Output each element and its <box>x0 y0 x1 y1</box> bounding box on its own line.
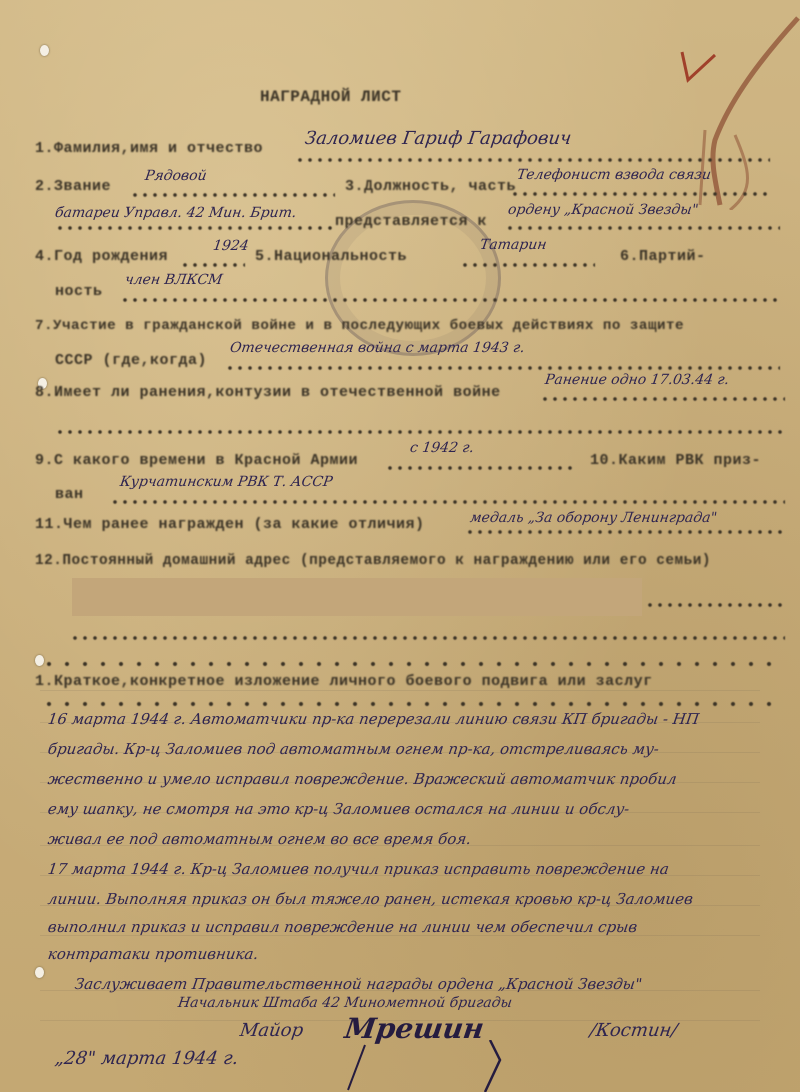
ruled-line <box>40 690 760 691</box>
field-3-label: 3.Должность, часть <box>345 178 516 195</box>
field-8-value: Ранение одно 17.03.44 г. <box>544 372 730 388</box>
present-label: представляется к <box>335 213 487 230</box>
field-10-value: Курчатинским РВК Т. АССР <box>119 474 334 490</box>
present-value: ордену „Красной Звезды" <box>507 202 699 218</box>
dotted-line <box>55 430 785 434</box>
dotted-line <box>505 226 780 230</box>
narrative-line: ему шапку, не смотря на это кр-ц Заломие… <box>47 800 631 818</box>
field-1-value: Заломиев Гариф Гарафович <box>304 128 573 149</box>
dotted-line <box>70 636 785 640</box>
narrative-line: живал ее под автоматным огнем во все вре… <box>47 830 473 848</box>
dotted-line <box>55 226 335 230</box>
narrative-line: контратаки противника. <box>47 945 260 963</box>
field-7-value: Отечественная война с марта 1943 г. <box>229 340 526 356</box>
field-8-label: 8.Имеет ли ранения,контузии в отечествен… <box>35 384 501 401</box>
field-7-label-cont: СССР (где,когда) <box>55 352 207 369</box>
section-2-heading: 1.Краткое,конкретное изложение личного б… <box>35 673 653 690</box>
dotted-line <box>180 263 245 267</box>
field-11-label: 11.Чем ранее награжден (за какие отличия… <box>35 516 425 533</box>
dashed-line <box>40 662 785 666</box>
narrative-line: бригады. Кр-ц Заломиев под автоматным ог… <box>47 740 660 758</box>
dotted-line <box>130 193 335 197</box>
signature-date: „28" марта 1944 г. <box>54 1048 240 1069</box>
signer-rank: Майор <box>239 1020 305 1041</box>
dotted-line <box>465 530 785 534</box>
field-4-value: 1924 <box>212 238 250 254</box>
field-6-value: член ВЛКСМ <box>124 272 224 288</box>
dotted-line <box>295 158 770 162</box>
field-9-label: 9.С какого времени в Красной Армии <box>35 452 358 469</box>
field-6-label-start: 6.Партий- <box>620 248 706 265</box>
dotted-line <box>110 500 785 504</box>
narrative-line: 16 марта 1944 г. Автоматчики пр-ка перер… <box>47 710 701 728</box>
dotted-line <box>510 192 770 196</box>
field-2-label: 2.Звание <box>35 178 111 195</box>
field-9-value: с 1942 г. <box>409 440 475 456</box>
redacted-address <box>72 578 642 616</box>
field-5-label: 5.Национальность <box>255 248 407 265</box>
award-sheet-page: НАГРАДНОЙ ЛИСТ 1.Фамилия,имя и отчество … <box>0 0 800 1092</box>
recommendation-text: Заслуживает Правительственной награды ор… <box>74 975 643 993</box>
narrative-line: 17 марта 1944 г. Кр-ц Заломиев получил п… <box>47 860 670 878</box>
dotted-line <box>540 397 785 401</box>
narrative-line: жественно и умело исправил повреждение. … <box>47 770 678 788</box>
field-7-label: 7.Участие в гражданской войне и в послед… <box>35 318 684 334</box>
punch-hole <box>40 45 49 56</box>
field-12-label: 12.Постоянный домашний адрес (представля… <box>35 553 711 569</box>
dotted-line <box>225 366 780 370</box>
dotted-line <box>645 603 785 607</box>
document-title: НАГРАДНОЙ ЛИСТ <box>260 88 401 106</box>
field-10-label-end: ван <box>55 486 84 503</box>
narrative-line: выполнил приказ и исправил повреждение н… <box>47 918 639 936</box>
punch-hole <box>35 967 44 978</box>
dotted-line <box>120 298 780 302</box>
field-1-label: 1.Фамилия,имя и отчество <box>35 140 263 157</box>
field-3-value-cont: батареи Управл. 42 Мин. Брит. <box>54 205 298 221</box>
signature-flourish-icon <box>340 1040 510 1092</box>
narrative-line: линии. Выполняя приказ он был тяжело ран… <box>47 890 694 908</box>
signer-name: /Костин/ <box>589 1020 679 1041</box>
field-10-label-start: 10.Каким РВК приз- <box>590 452 761 469</box>
dotted-line <box>460 263 595 267</box>
field-2-value: Рядовой <box>144 168 208 184</box>
field-11-value: медаль „За оборону Ленинграда" <box>469 510 718 526</box>
dashed-line <box>40 702 785 706</box>
field-3-value: Телефонист взвода связи <box>516 167 712 183</box>
field-4-label: 4.Год рождения <box>35 248 168 265</box>
field-6-label-end: ность <box>55 283 103 300</box>
signer-position: Начальник Штаба 42 Минометной бригады <box>177 995 513 1011</box>
field-5-value: Татарин <box>479 237 548 253</box>
dotted-line <box>385 466 575 470</box>
